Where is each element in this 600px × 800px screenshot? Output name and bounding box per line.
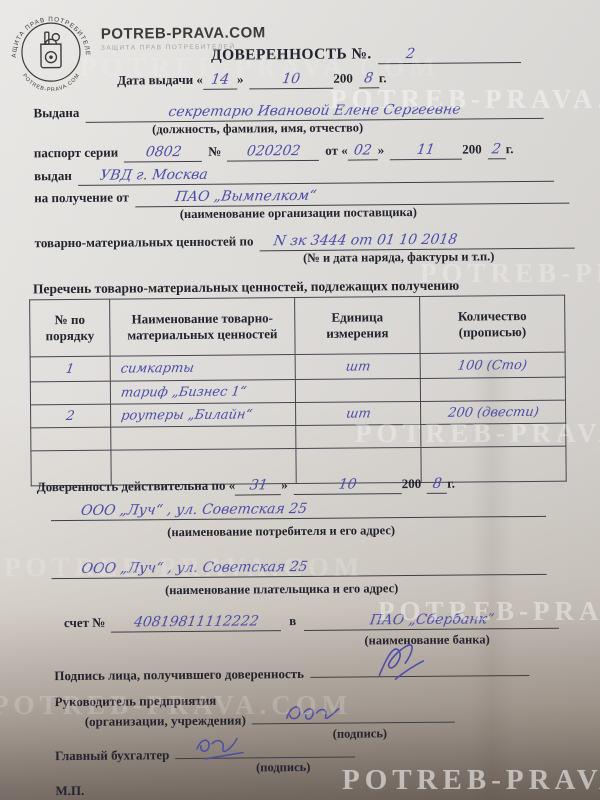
head-label: Руководитель предприятия [55,693,217,710]
payer-row: ООО „Луч“ , ул. Советская 25 [51,556,546,579]
payer-line: ООО „Луч“ , ул. Советская 25 [51,556,546,579]
passport-year-unit: г. [506,141,514,157]
account-label: счет № [64,615,105,631]
issue-month-value: 10 [281,71,301,87]
passport-series-line: 0802 [124,143,202,163]
passport-number-value: 020202 [245,143,301,159]
cell-value: 100 (Сто) [457,358,528,374]
passport-series-value: 0802 [144,144,182,160]
validity-year-line: 8 [427,475,447,494]
passport-month-line: 11 [390,141,462,161]
payer-hint: (наименование плательщика и его адрес) [97,581,467,599]
head-label2: (организации, учреждения) [85,712,246,729]
issued-to-hint: (должность, фамилия, имя, отчество) [68,120,448,138]
validity-month-value: 10 [338,476,358,492]
cell-value: симкарты [120,361,195,377]
issue-month-line: 10 [249,70,333,90]
validity-day-line: 31 [235,476,281,495]
validity-month-line: 10 [294,475,402,495]
accountant-label: Главный бухгалтер [55,747,169,764]
payer-value: ООО „Луч“ , ул. Советская 25 [80,559,308,577]
receiver-signature-line [310,660,530,678]
col-header-index: № по порядку [30,299,110,357]
receiver-signature-row: Подпись лица, получившего доверенность [54,660,529,684]
issue-date-label: Дата выдачи « [117,72,203,89]
goods-hint: (№ и дата наряда, фактуры и т.п.) [254,249,544,267]
passport-year-value: 2 [491,141,502,157]
issue-year-value: 8 [363,70,374,86]
seal-text-top: ЗАЩИТА ПРАВ ПОТРЕБИТЕЛЕЙ [3,4,92,58]
issued-by-line: УВД г. Москва [78,163,554,186]
receive-from-label: на получение от [34,189,129,206]
passport-row: паспорт серии 0802 № 020202 от « 02 » 11… [34,140,564,164]
bank-value: ПАО „Сбербанк“ [368,611,495,628]
validity-year-unit: г. [447,476,455,492]
issue-year-prefix: 200 [333,71,353,87]
issued-to-value: секретарю Ивановой Елене Сергеевне [167,102,462,121]
issued-by-label: выдан [34,168,72,184]
issued-to-line: секретарю Ивановой Елене Сергеевне [85,100,543,123]
issue-day-line: 14 [203,71,237,90]
issued-to-label: Выдана [33,105,79,121]
validity-year-prefix: 200 [402,476,422,492]
passport-day-value: 02 [353,142,373,158]
brand-name: POTREB-PRAVA.COM [101,24,266,42]
account-number-value: 40819811112222 [133,613,260,630]
bank-line: ПАО „Сбербанк“ [304,610,559,631]
validity-year-value: 8 [432,476,443,492]
document-sheet: ЗАЩИТА ПРАВ ПОТРЕБИТЕЛЕЙ POTREB-PRAVA.CO… [0,0,600,800]
passport-number-line: 020202 [227,142,319,162]
accountant-signature-icon [193,730,253,763]
stamp-label: М.П. [55,783,84,799]
receive-from-line: ПАО „Вымпелком“ [135,185,569,208]
passport-from-label: от « [325,143,348,159]
passport-no-label: № [208,144,221,160]
svg-text:POTREB-PRAVA.COM: POTREB-PRAVA.COM [21,72,81,93]
consumer-value: ООО „Луч“ , ул. Советская 25 [80,501,308,519]
brand-seal-icon: ЗАЩИТА ПРАВ ПОТРЕБИТЕЛЕЙ POTREB-PRAVA.CO… [3,4,100,101]
receive-from-row: на получение от ПАО „Вымпелком“ [34,185,569,209]
head-sign-hint: (подпись) [265,726,455,743]
accountant-signature-line [175,742,355,760]
col-header-name: Наименование товарно-материальных ценнос… [110,298,295,357]
passport-day-line: 02 [348,141,378,160]
issued-by-row: выдан УВД г. Москва [34,163,554,187]
account-number-line: 40819811112222 [111,612,281,632]
cell-value: 1 [65,362,76,377]
goods-table: № по порядку Наименование товарно-матери… [29,295,567,487]
shopping-bag-icon [41,32,61,68]
cell-value: шт [345,406,372,421]
issue-date-row: Дата выдачи « 14 » 10 200 8 г. [117,69,417,91]
title-number-line: 2 [378,44,521,64]
receiver-signature-icon [375,641,427,681]
quote-close: » [237,71,244,87]
issued-to-row: Выдана секретарю Ивановой Елене Сергеевн… [33,100,543,123]
cell-value: 200 (двести) [447,405,540,421]
quote-close: » [281,477,288,493]
issue-year-unit: г. [379,70,387,86]
goods-value: N зк 3444 от 01 10 2018 [272,232,458,250]
cell-value: 2 [65,409,76,424]
cell-value: роутеры „Билайн“ [120,407,253,423]
issue-year-line: 8 [359,69,379,88]
head-signature-icon [282,698,342,729]
seal-text-bottom: POTREB-PRAVA.COM [21,72,81,93]
col-header-unit: Единица измерения [295,296,420,354]
document-title-row: ДОВЕРЕННОСТЬ №. 2 [211,44,521,66]
receive-from-hint: (наименование организации поставщика) [128,205,468,223]
table-caption: Перечень товарно-материальных ценностей,… [33,278,459,298]
document-title: ДОВЕРЕННОСТЬ №. [211,45,372,64]
passport-year-line: 2 [488,140,506,159]
quote-close: » [378,142,385,158]
issued-by-value: УВД г. Москва [99,167,209,184]
issue-day-value: 14 [210,72,230,88]
passport-label: паспорт серии [34,145,118,162]
cell-value: шт [344,359,371,374]
consumer-row: ООО „Луч“ , ул. Советская 25 [51,498,546,521]
accountant-sign-hint: (подпись) [203,759,363,775]
receive-from-value: ПАО „Вымпелком“ [174,188,317,205]
col-header-qty: Количество (прописью) [420,295,565,353]
goods-label: товарно-материальных ценностей по [35,233,254,251]
receiver-signature-label: Подпись лица, получившего доверенность [54,666,304,684]
consumer-hint: (наименование потребителя и его адрес) [96,523,466,541]
account-row: счет № 40819811112222 в ПАО „Сбербанк“ [64,610,559,633]
table-header-row: № по порядку Наименование товарно-матери… [30,295,565,357]
consumer-line: ООО „Луч“ , ул. Советская 25 [51,498,546,521]
svg-text:ЗАЩИТА ПРАВ ПОТРЕБИТЕЛЕЙ: ЗАЩИТА ПРАВ ПОТРЕБИТЕЛЕЙ [3,4,92,58]
head-signature-line [252,707,455,725]
title-number-value: 2 [404,46,415,62]
validity-label: Доверенность действительна по « [37,478,236,496]
passport-year-prefix: 200 [462,141,482,157]
cell-value: тариф „Бизнес 1“ [120,384,248,400]
validity-day-value: 31 [248,477,268,493]
passport-month-value: 11 [416,142,436,158]
validity-row: Доверенность действительна по « 31 » 10 … [37,474,537,497]
account-in-label: в [289,613,296,629]
